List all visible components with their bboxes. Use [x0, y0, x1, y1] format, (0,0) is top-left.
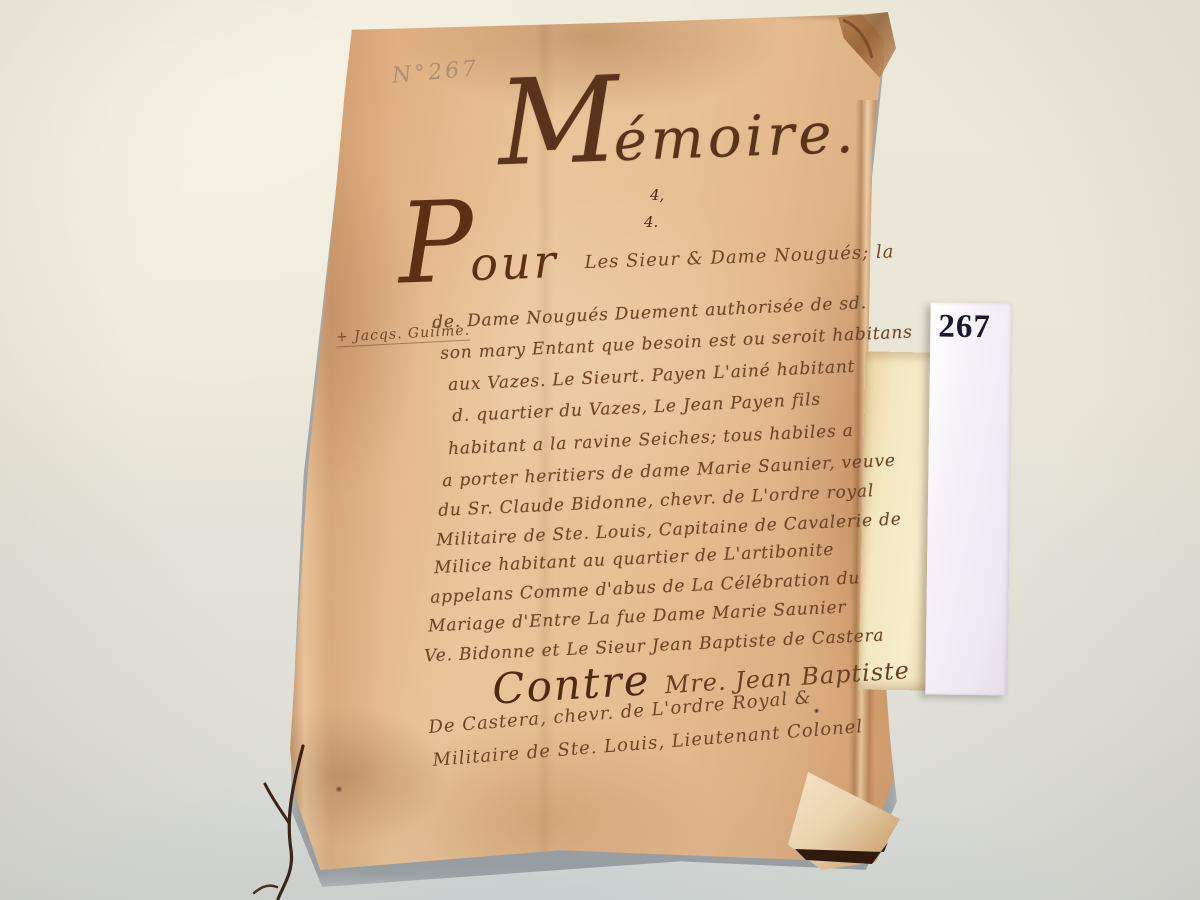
photo-of-manuscript: N°267 M émoire. 4, 4. + Jacqs. Guilme. P…: [0, 0, 1200, 900]
title-rest: émoire.: [613, 101, 859, 174]
opening-word: P our Les Sieur & Dame Nougués; la: [396, 171, 895, 300]
thread-left-tail: [254, 886, 277, 893]
page-title: M émoire.: [496, 52, 858, 182]
archive-label-strip: 267: [925, 302, 1012, 695]
opening-rest: our: [469, 234, 559, 291]
manuscript-line: Les Sieur & Dame Nougués; la: [584, 241, 895, 273]
archive-number: 267: [938, 309, 1013, 347]
title-initial: M: [496, 60, 621, 182]
thread-left-branch: [265, 784, 289, 823]
opening-initial: P: [396, 186, 475, 301]
